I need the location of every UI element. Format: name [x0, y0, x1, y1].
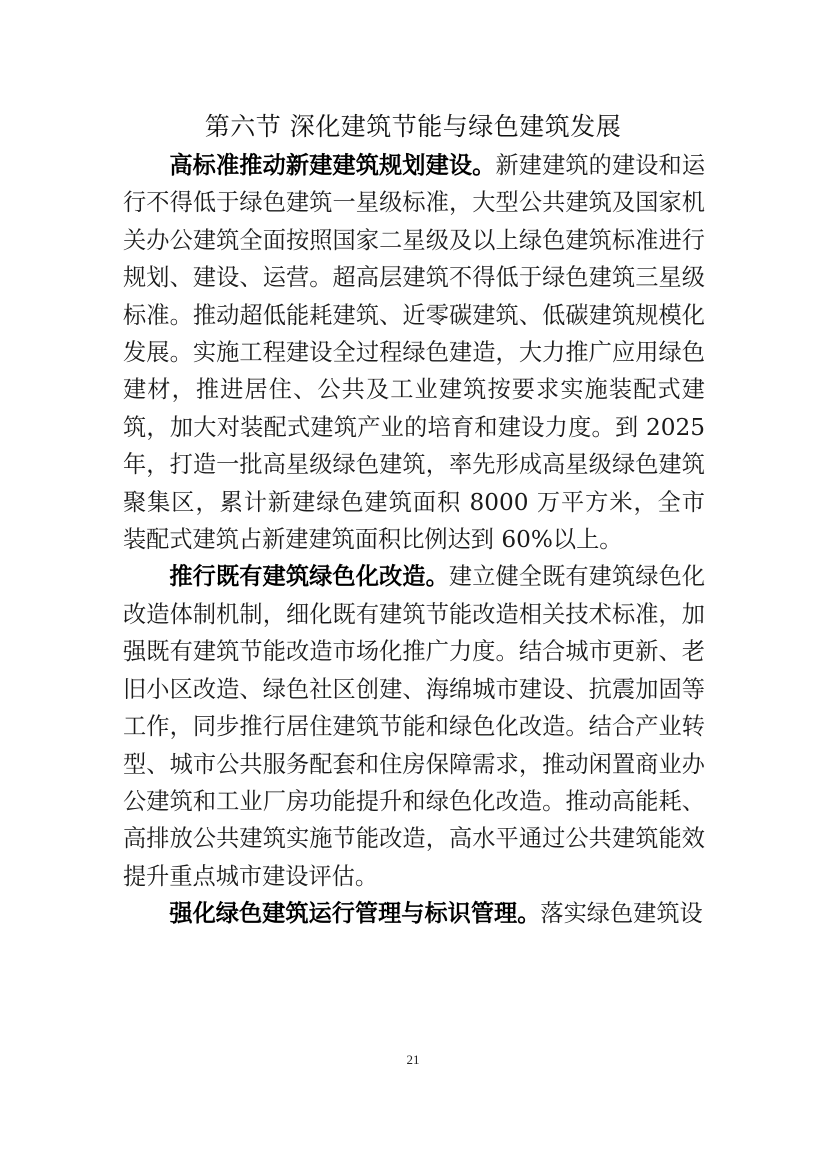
- paragraph-operation-management: 强化绿色建筑运行管理与标识管理。落实绿色建筑设: [123, 895, 705, 932]
- section-title: 第六节 深化建筑节能与绿色建筑发展: [0, 108, 826, 146]
- paragraph-text: 新建建筑的建设和运行不得低于绿色建筑一星级标准，大型公共建筑及国家机关办公建筑全…: [123, 152, 705, 553]
- page-number: 21: [0, 1052, 826, 1068]
- document-page: 第六节 深化建筑节能与绿色建筑发展 高标准推动新建建筑规划建设。新建建筑的建设和…: [0, 0, 826, 1169]
- paragraph-text: 落实绿色建筑设: [540, 900, 702, 927]
- paragraph-text: 建立健全既有建筑绿色化改造体制机制，细化既有建筑节能改造相关技术标准，加强既有建…: [123, 563, 705, 889]
- paragraph-lead: 强化绿色建筑运行管理与标识管理。: [169, 900, 540, 927]
- paragraph-lead: 推行既有建筑绿色化改造。: [169, 563, 449, 590]
- paragraph-new-buildings: 高标准推动新建建筑规划建设。新建建筑的建设和运行不得低于绿色建筑一星级标准，大型…: [123, 147, 705, 558]
- document-body: 高标准推动新建建筑规划建设。新建建筑的建设和运行不得低于绿色建筑一星级标准，大型…: [123, 147, 705, 933]
- paragraph-lead: 高标准推动新建建筑规划建设。: [169, 152, 495, 179]
- paragraph-existing-buildings: 推行既有建筑绿色化改造。建立健全既有建筑绿色化改造体制机制，细化既有建筑节能改造…: [123, 558, 705, 895]
